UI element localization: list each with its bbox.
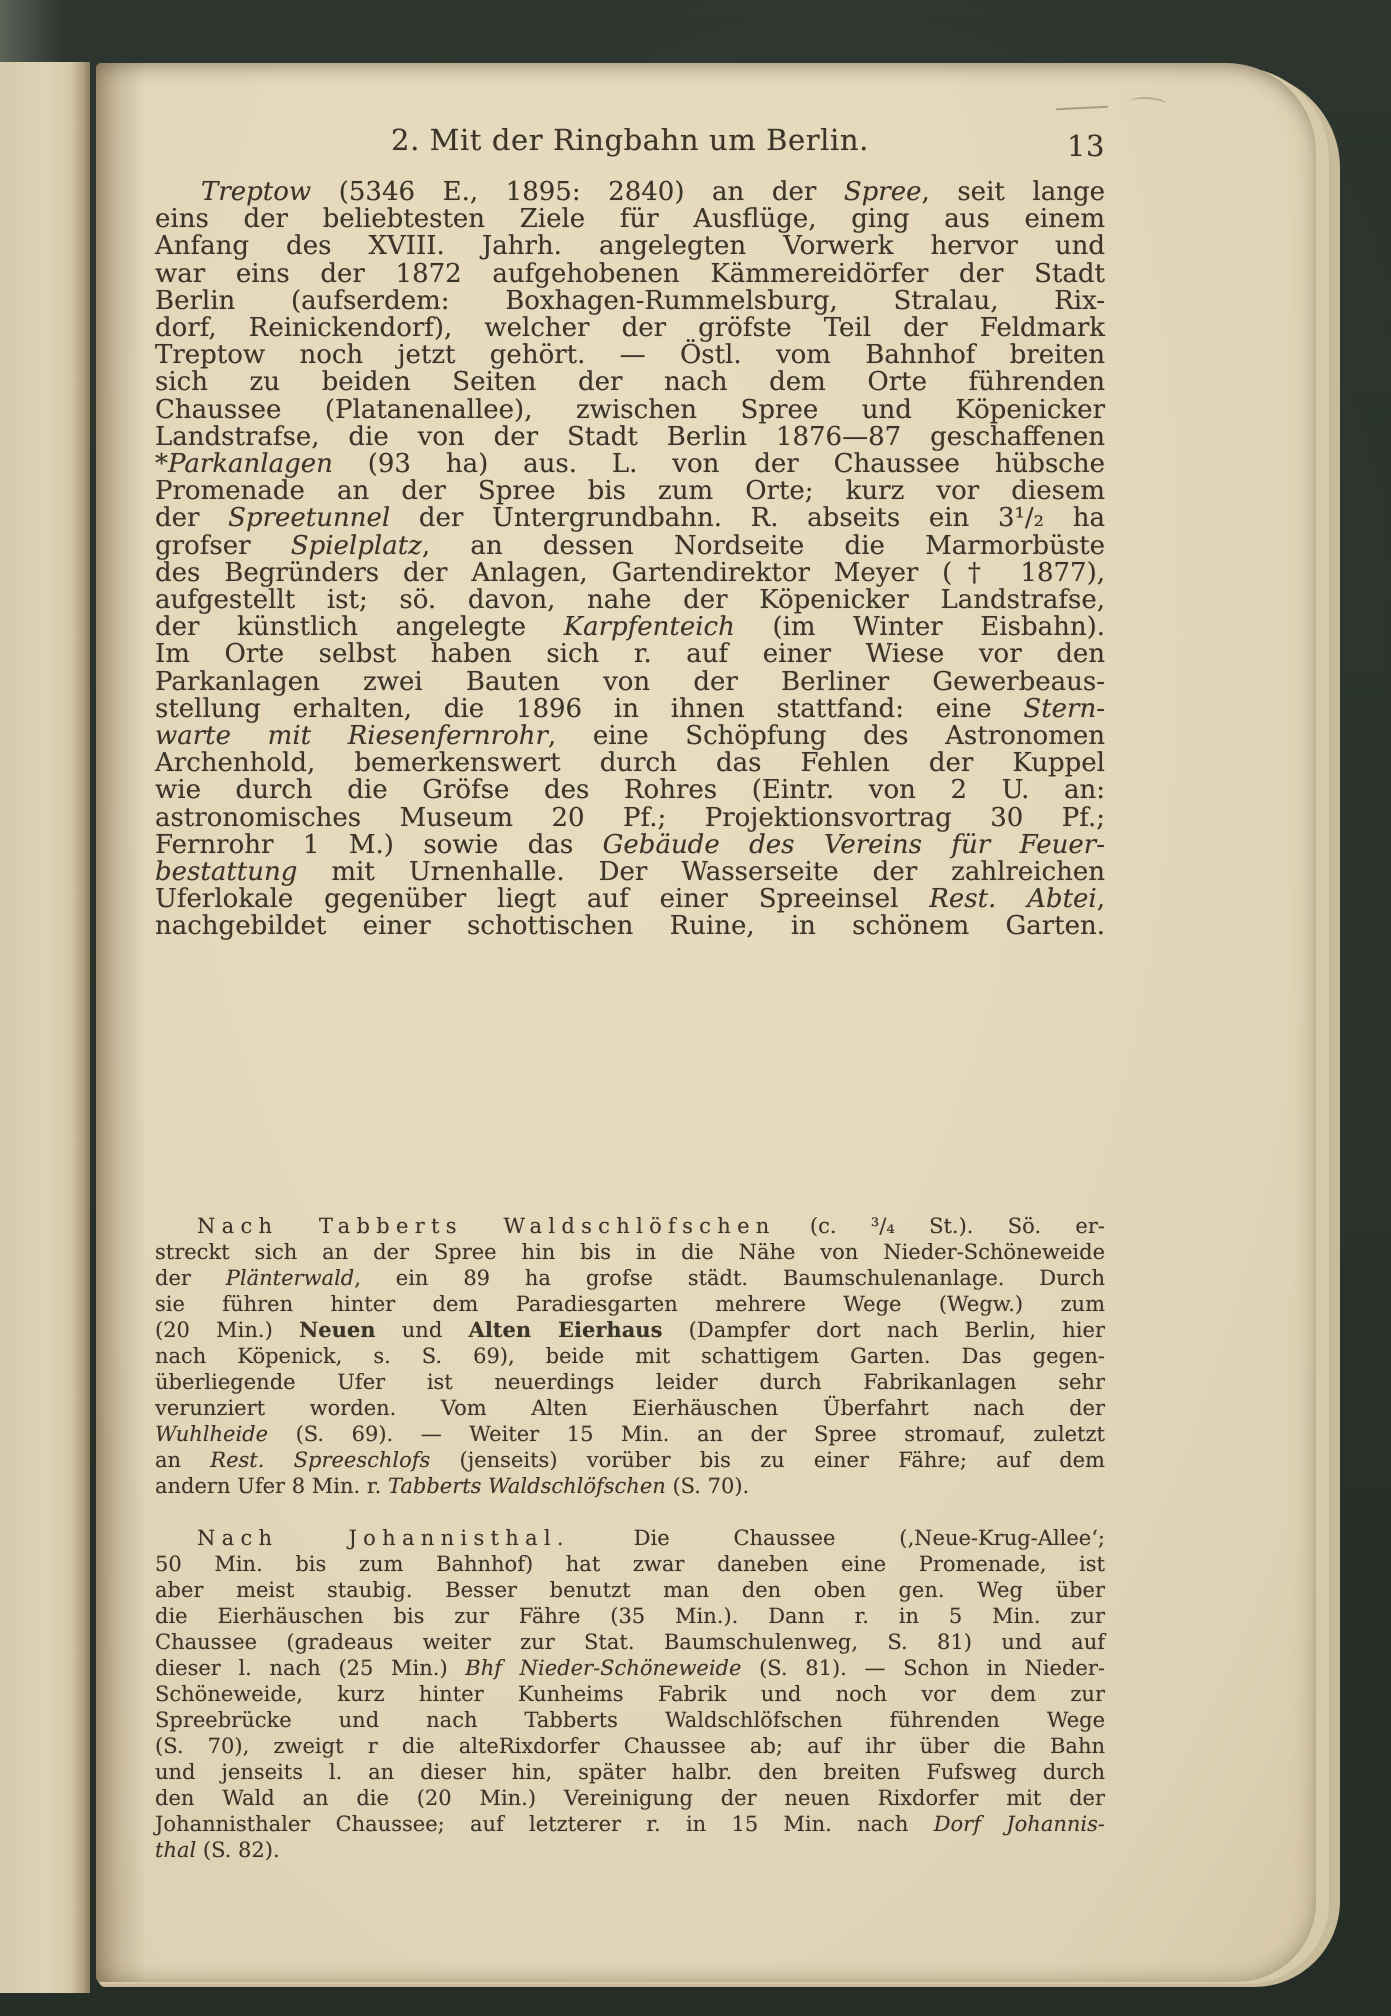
text-line: astronomisches Museum 20 Pf.; Projektion…: [155, 805, 1105, 832]
text-line: Nach Tabberts Waldschlöfschen (c. ³/₄ St…: [155, 1213, 1105, 1239]
text-line: und jenseits l. an dieser hin, später ha…: [155, 1759, 1105, 1785]
text-line: verunziert worden. Vom Alten Eierhäusche…: [155, 1395, 1105, 1421]
text-line: an Rest. Spreeschlofs (jenseits) vorüber…: [155, 1447, 1105, 1473]
text-line: Chaussee (Platanenallee), zwischen Spree…: [155, 397, 1105, 424]
cover-spine-highlight: [0, 0, 66, 64]
scan-artifact-dash: [1056, 106, 1108, 111]
text-line: *Parkanlagen (93 ha) aus. L. von der Cha…: [155, 451, 1105, 478]
main-paragraph: Treptow (5346 E., 1895: 2840) an der Spr…: [155, 179, 1105, 941]
text-line: Spreebrücke und nach Tabberts Waldschlöf…: [155, 1707, 1105, 1733]
text-line: dieser l. nach (25 Min.) Bhf Nieder-Schö…: [155, 1655, 1105, 1681]
gutter-shadow: [96, 63, 146, 1982]
text-line: der Plänterwald, ein 89 ha grofse städt.…: [155, 1265, 1105, 1291]
text-line: nachgebildet einer schottischen Ruine, i…: [155, 913, 1105, 940]
page-header: 2. Mit der Ringbahn um Berlin. 13: [155, 123, 1105, 167]
text-line: sie führen hinter dem Paradiesgarten meh…: [155, 1291, 1105, 1317]
text-line: aufgestellt ist; sö. davon, nahe der Köp…: [155, 587, 1105, 614]
book-page: 2. Mit der Ringbahn um Berlin. 13 Trepto…: [96, 63, 1316, 1982]
text-line: grofser Spielplatz, an dessen Nordseite …: [155, 533, 1105, 560]
text-line: Chaussee (gradeaus weiter zur Stat. Baum…: [155, 1629, 1105, 1655]
text-line: war eins der 1872 aufgehobenen Kämmereid…: [155, 261, 1105, 288]
text-line: 50 Min. bis zum Bahnhof) hat zwar danebe…: [155, 1551, 1105, 1577]
text-line: aber meist staubig. Besser benutzt man d…: [155, 1577, 1105, 1603]
text-line: thal (S. 82).: [155, 1837, 1105, 1863]
text-line: Treptow noch jetzt gehört. — Östl. vom B…: [155, 342, 1105, 369]
text-line: überliegende Ufer ist neuerdings leider …: [155, 1369, 1105, 1395]
text-line: Treptow (5346 E., 1895: 2840) an der Spr…: [155, 179, 1105, 206]
text-line: Johannisthaler Chaussee; auf letzterer r…: [155, 1811, 1105, 1837]
text-line: wie durch die Gröfse des Rohres (Eintr. …: [155, 777, 1105, 804]
text-line: Uferlokale gegenüber liegt auf einer Spr…: [155, 886, 1105, 913]
excursion-johannisthal-paragraph: Nach Johannisthal. Die Chaussee (‚Neue-K…: [155, 1525, 1105, 1863]
scan-artifact-squiggle: [1129, 95, 1166, 111]
text-line: Wuhlheide (S. 69). — Weiter 15 Min. an d…: [155, 1421, 1105, 1447]
text-line: Archenhold, bemerkenswert durch das Fehl…: [155, 750, 1105, 777]
text-line: der künstlich angelegte Karpfenteich (im…: [155, 614, 1105, 641]
text-line: eins der beliebtesten Ziele für Ausflüge…: [155, 206, 1105, 233]
text-line: Anfang des XVIII. Jahrh. angelegten Vorw…: [155, 233, 1105, 260]
book-scan: { "page": { "header": { "title": "2. Mit…: [0, 0, 1391, 2016]
text-line: die Eierhäuschen bis zur Fähre (35 Min.)…: [155, 1603, 1105, 1629]
text-line: streckt sich an der Spree hin bis in die…: [155, 1239, 1105, 1265]
text-line: Promenade an der Spree bis zum Orte; kur…: [155, 478, 1105, 505]
text-line: andern Ufer 8 Min. r. Tabberts Waldschlö…: [155, 1473, 1105, 1499]
text-line: nach Köpenick, s. S. 69), beide mit scha…: [155, 1343, 1105, 1369]
text-line: Parkanlagen zwei Bauten von der Berliner…: [155, 669, 1105, 696]
excursion-tabberts-paragraph: Nach Tabberts Waldschlöfschen (c. ³/₄ St…: [155, 1213, 1105, 1499]
text-line: des Begründers der Anlagen, Gartendirekt…: [155, 560, 1105, 587]
page-number: 13: [1067, 129, 1105, 163]
text-line: dorf, Reinickendorf), welcher der gröfst…: [155, 315, 1105, 342]
text-line: (20 Min.) Neuen und Alten Eierhaus (Damp…: [155, 1317, 1105, 1343]
text-line: (S. 70), zweigt r die alteRixdorfer Chau…: [155, 1733, 1105, 1759]
text-line: sich zu beiden Seiten der nach dem Orte …: [155, 369, 1105, 396]
text-line: warte mit Riesenfernrohr, eine Schöpfung…: [155, 723, 1105, 750]
text-line: Nach Johannisthal. Die Chaussee (‚Neue-K…: [155, 1525, 1105, 1551]
facing-page-edge: [0, 62, 90, 1993]
text-line: Landstrafse, die von der Stadt Berlin 18…: [155, 424, 1105, 451]
chapter-title: 2. Mit der Ringbahn um Berlin.: [155, 123, 1105, 157]
text-line: stellung erhalten, die 1896 in ihnen sta…: [155, 696, 1105, 723]
text-line: Schöneweide, kurz hinter Kunheims Fabrik…: [155, 1681, 1105, 1707]
text-line: bestattung mit Urnenhalle. Der Wassersei…: [155, 859, 1105, 886]
text-line: den Wald an die (20 Min.) Vereinigung de…: [155, 1785, 1105, 1811]
text-line: Im Orte selbst haben sich r. auf einer W…: [155, 641, 1105, 668]
text-line: der Spreetunnel der Untergrundbahn. R. a…: [155, 505, 1105, 532]
text-line: Fernrohr 1 M.) sowie das Gebäude des Ver…: [155, 832, 1105, 859]
text-line: Berlin (aufserdem: Boxhagen-Rummelsburg,…: [155, 288, 1105, 315]
